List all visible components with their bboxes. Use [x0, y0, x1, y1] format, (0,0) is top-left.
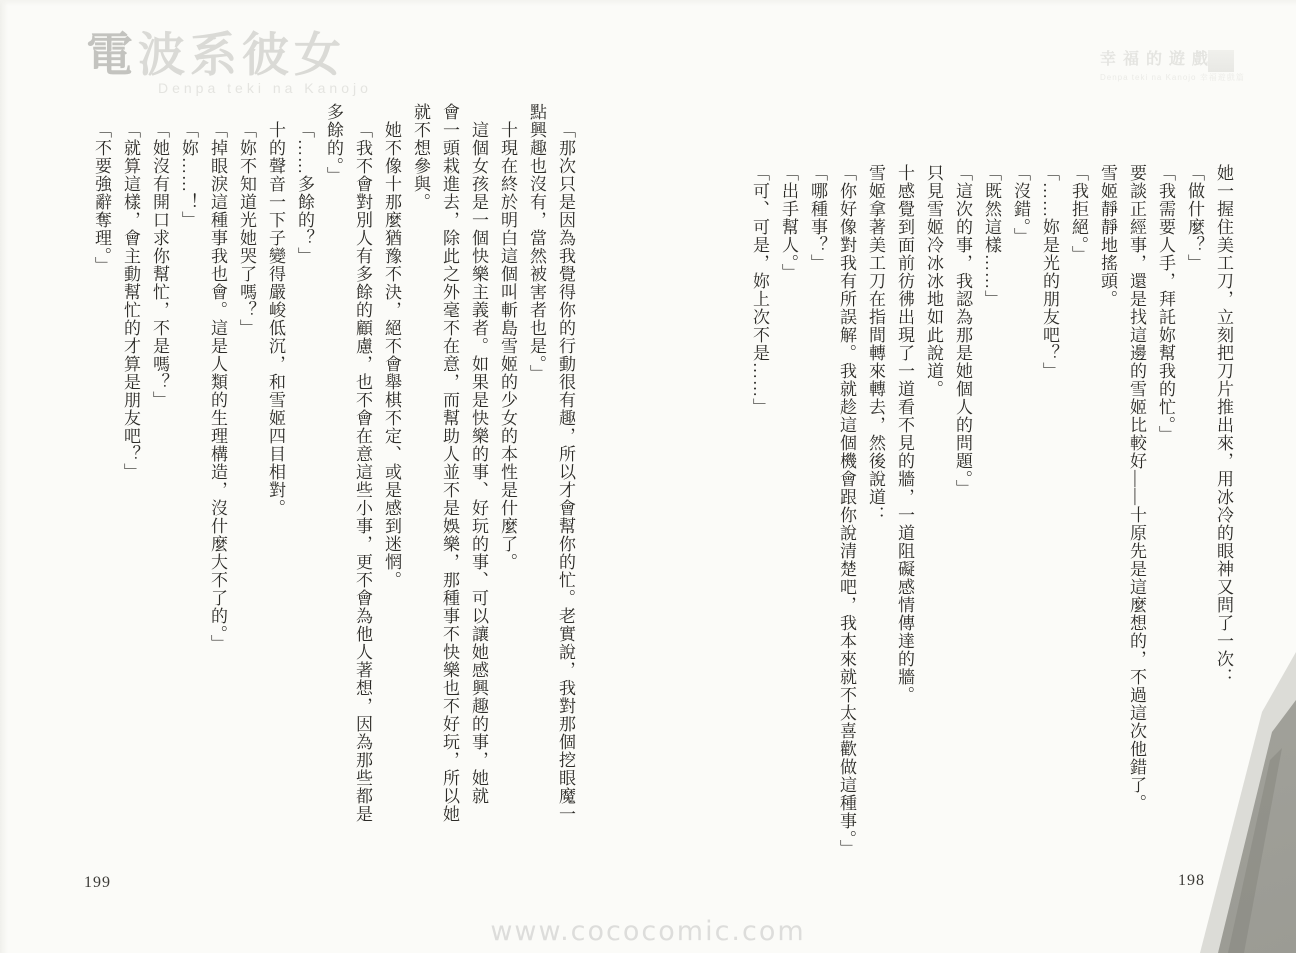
- right-page-paragraph-7: 「……妳是光的朋友吧？」: [1035, 146, 1064, 914]
- chapter-logo-emblem: [1208, 50, 1234, 72]
- text-column: 「就算這樣，會主動幫忙的才算是朋友吧？」: [121, 121, 140, 481]
- text-column: 「我拒絕。」: [1069, 164, 1088, 264]
- right-page-paragraph-17: 「可、可是，妳上次不是……」: [745, 146, 774, 914]
- series-logo-text: 電波系彼女: [86, 28, 372, 84]
- text-column: 「掉眼淚這種事我也會。這是人類的生理構造，沒什麼大不了的。」: [208, 121, 227, 653]
- text-column: 「既然這樣……」: [982, 164, 1001, 308]
- text-column: 「哪種事？」: [808, 164, 827, 272]
- right-page-paragraph-15: 「哪種事？」: [803, 146, 832, 914]
- text-column: 「……多餘的？」: [295, 121, 314, 265]
- left-page-paragraph-8: 「妳不知道光她哭了嗎？」: [232, 103, 261, 895]
- text-column: 要談正經事，還是找這邊的雪姬比較好——十原先是這麼想的，不過這次他錯了。: [1127, 164, 1146, 812]
- page-number-198: 198: [1178, 872, 1205, 890]
- text-column: 「她沒有開口求你幫忙，不是嗎？」: [150, 121, 169, 409]
- right-page-paragraph-3: 「我需要人手，拜託妳幫我的忙。」: [1151, 146, 1180, 914]
- text-column: 「妳……！」: [179, 121, 198, 229]
- text-column: 「可、可是，妳上次不是……」: [750, 164, 769, 416]
- left-page-paragraph-6: 「……多餘的？」: [290, 103, 319, 895]
- right-page-paragraph-12: 十感覺到面前彷彿出現了一道看不見的牆，一道阻礙感情傳達的牆。: [890, 146, 919, 914]
- text-column: 「做什麼？」: [1185, 164, 1204, 272]
- right-page-paragraph-8: 「沒錯。」: [1006, 146, 1035, 914]
- series-logo: 電波系彼女 Denpa teki na Kanojo: [86, 28, 372, 96]
- right-page-paragraph-2: 「做什麼？」: [1180, 146, 1209, 914]
- left-page-paragraph-13: 「不要強辭奪理。」: [87, 103, 116, 895]
- text-column: 十感覺到面前彷彿出現了一道看不見的牆，一道阻礙感情傳達的牆。: [895, 164, 914, 704]
- text-column: 只見雪姬冷冰冰地如此說道。: [924, 164, 943, 398]
- left-page-paragraph-5: 「我不會對別人有多餘的顧慮，也不會在意這些小事，更不會為他人著想，因為那些都是多…: [319, 103, 377, 895]
- left-page-paragraph-7: 十的聲音一下子變得嚴峻低沉，和雪姬四目相對。: [261, 103, 290, 895]
- text-column: 「出手幫人。」: [779, 164, 798, 282]
- right-page-paragraph-1: 她一握住美工刀，立刻把刀片推出來，用冰冷的眼神又問了一次：: [1209, 146, 1238, 914]
- right-page-paragraph-4: 要談正經事，還是找這邊的雪姬比較好——十原先是這麼想的，不過這次他錯了。: [1122, 146, 1151, 914]
- text-column: 「你好像對我有所誤解。我就趁這個機會跟你說清楚吧，我本來就不太喜歡做這種事。」: [837, 164, 856, 858]
- right-page-paragraph-9: 「既然這樣……」: [977, 146, 1006, 914]
- right-page-paragraph-6: 「我拒絕。」: [1064, 146, 1093, 914]
- text-column: 會一頭栽進去，除此之外毫不在意，而幫助人並不是娛樂，那種事不快樂也不好玩，所以她: [440, 103, 459, 823]
- text-column: 「沒錯。」: [1011, 164, 1030, 246]
- chapter-logo: 幸福的遊戲 Denpa teki na Kanojo 幸福遊戲篇: [1100, 46, 1245, 83]
- right-page-paragraph-10: 「這次的事，我認為那是她個人的問題。」: [948, 146, 977, 914]
- text-column: 「我不會對別人有多餘的顧慮，也不會在意這些小事，更不會為他人著想，因為那些都是: [353, 121, 372, 823]
- page-199-text-block: 「那次只是因為我覺得你的行動很有趣，所以才會幫你的忙。老實說，我對那個挖眼魔一點…: [78, 103, 580, 895]
- left-page-paragraph-4: 她不像十那麼猶豫不決，絕不會舉棋不定、或是感到迷惘。: [377, 103, 406, 895]
- right-page-paragraph-5: 雪姬靜靜地搖頭。: [1093, 146, 1122, 914]
- right-page-paragraph-14: 「你好像對我有所誤解。我就趁這個機會跟你說清楚吧，我本來就不太喜歡做這種事。」: [832, 146, 861, 914]
- text-column: 她不像十那麼猶豫不決，絕不會舉棋不定、或是感到迷惘。: [382, 121, 401, 589]
- left-page-paragraph-2: 十現在終於明白這個叫斬島雪姬的少女的本性是什麼了。: [493, 103, 522, 895]
- left-page-paragraph-11: 「她沒有開口求你幫忙，不是嗎？」: [145, 103, 174, 895]
- text-column: 這個女孩是一個快樂主義者。如果是快樂的事、好玩的事、可以讓她感興趣的事，她就: [469, 121, 488, 805]
- text-column: 「那次只是因為我覺得你的行動很有趣，所以才會幫你的忙。老實說，我對那個挖眼魔一: [556, 121, 575, 823]
- right-page-paragraph-11: 只見雪姬冷冰冰地如此說道。: [919, 146, 948, 914]
- text-column: 她一握住美工刀，立刻把刀片推出來，用冰冷的眼神又問了一次：: [1214, 164, 1233, 686]
- text-column: 點興趣也沒有，當然被害者也是。」: [527, 103, 546, 383]
- text-column: 「不要強辭奪理。」: [92, 121, 111, 275]
- right-page-paragraph-13: 雪姬拿著美工刀在指間轉來轉去，然後說道：: [861, 146, 890, 914]
- text-column: 多餘的。」: [324, 103, 343, 185]
- watermark-url: www.cococomic.com: [490, 916, 805, 947]
- text-column: 「這次的事，我認為那是她個人的問題。」: [953, 164, 972, 498]
- text-column: 雪姬拿著美工刀在指間轉來轉去，然後說道：: [866, 164, 885, 524]
- left-page-paragraph-1: 「那次只是因為我覺得你的行動很有趣，所以才會幫你的忙。老實說，我對那個挖眼魔一點…: [522, 103, 580, 895]
- left-page-paragraph-12: 「就算這樣，會主動幫忙的才算是朋友吧？」: [116, 103, 145, 895]
- scan-edge-top: [0, 0, 1296, 6]
- left-page-paragraph-3: 這個女孩是一個快樂主義者。如果是快樂的事、好玩的事、可以讓她感興趣的事，她就會一…: [406, 103, 493, 895]
- text-column: 就不想參與。: [411, 103, 430, 211]
- scan-edge-left: [0, 0, 8, 953]
- page-198-text-block: 她一握住美工刀，立刻把刀片推出來，用冰冷的眼神又問了一次：「做什麼？」「我需要人…: [736, 146, 1238, 914]
- text-column: 「……妳是光的朋友吧？」: [1040, 164, 1059, 380]
- left-page-paragraph-9: 「掉眼淚這種事我也會。這是人類的生理構造，沒什麼大不了的。」: [203, 103, 232, 895]
- text-column: 十的聲音一下子變得嚴峻低沉，和雪姬四目相對。: [266, 121, 285, 517]
- series-logo-romaji: Denpa teki na Kanojo: [158, 80, 372, 96]
- text-column: 十現在終於明白這個叫斬島雪姬的少女的本性是什麼了。: [498, 121, 517, 571]
- right-page-paragraph-16: 「出手幫人。」: [774, 146, 803, 914]
- page-number-199: 199: [84, 874, 111, 892]
- text-column: 「妳不知道光她哭了嗎？」: [237, 121, 256, 337]
- text-column: 「我需要人手，拜託妳幫我的忙。」: [1156, 164, 1175, 444]
- chapter-logo-romaji: Denpa teki na Kanojo 幸福遊戲篇: [1100, 72, 1245, 83]
- text-column: 雪姬靜靜地搖頭。: [1098, 164, 1117, 308]
- left-page-paragraph-10: 「妳……！」: [174, 103, 203, 895]
